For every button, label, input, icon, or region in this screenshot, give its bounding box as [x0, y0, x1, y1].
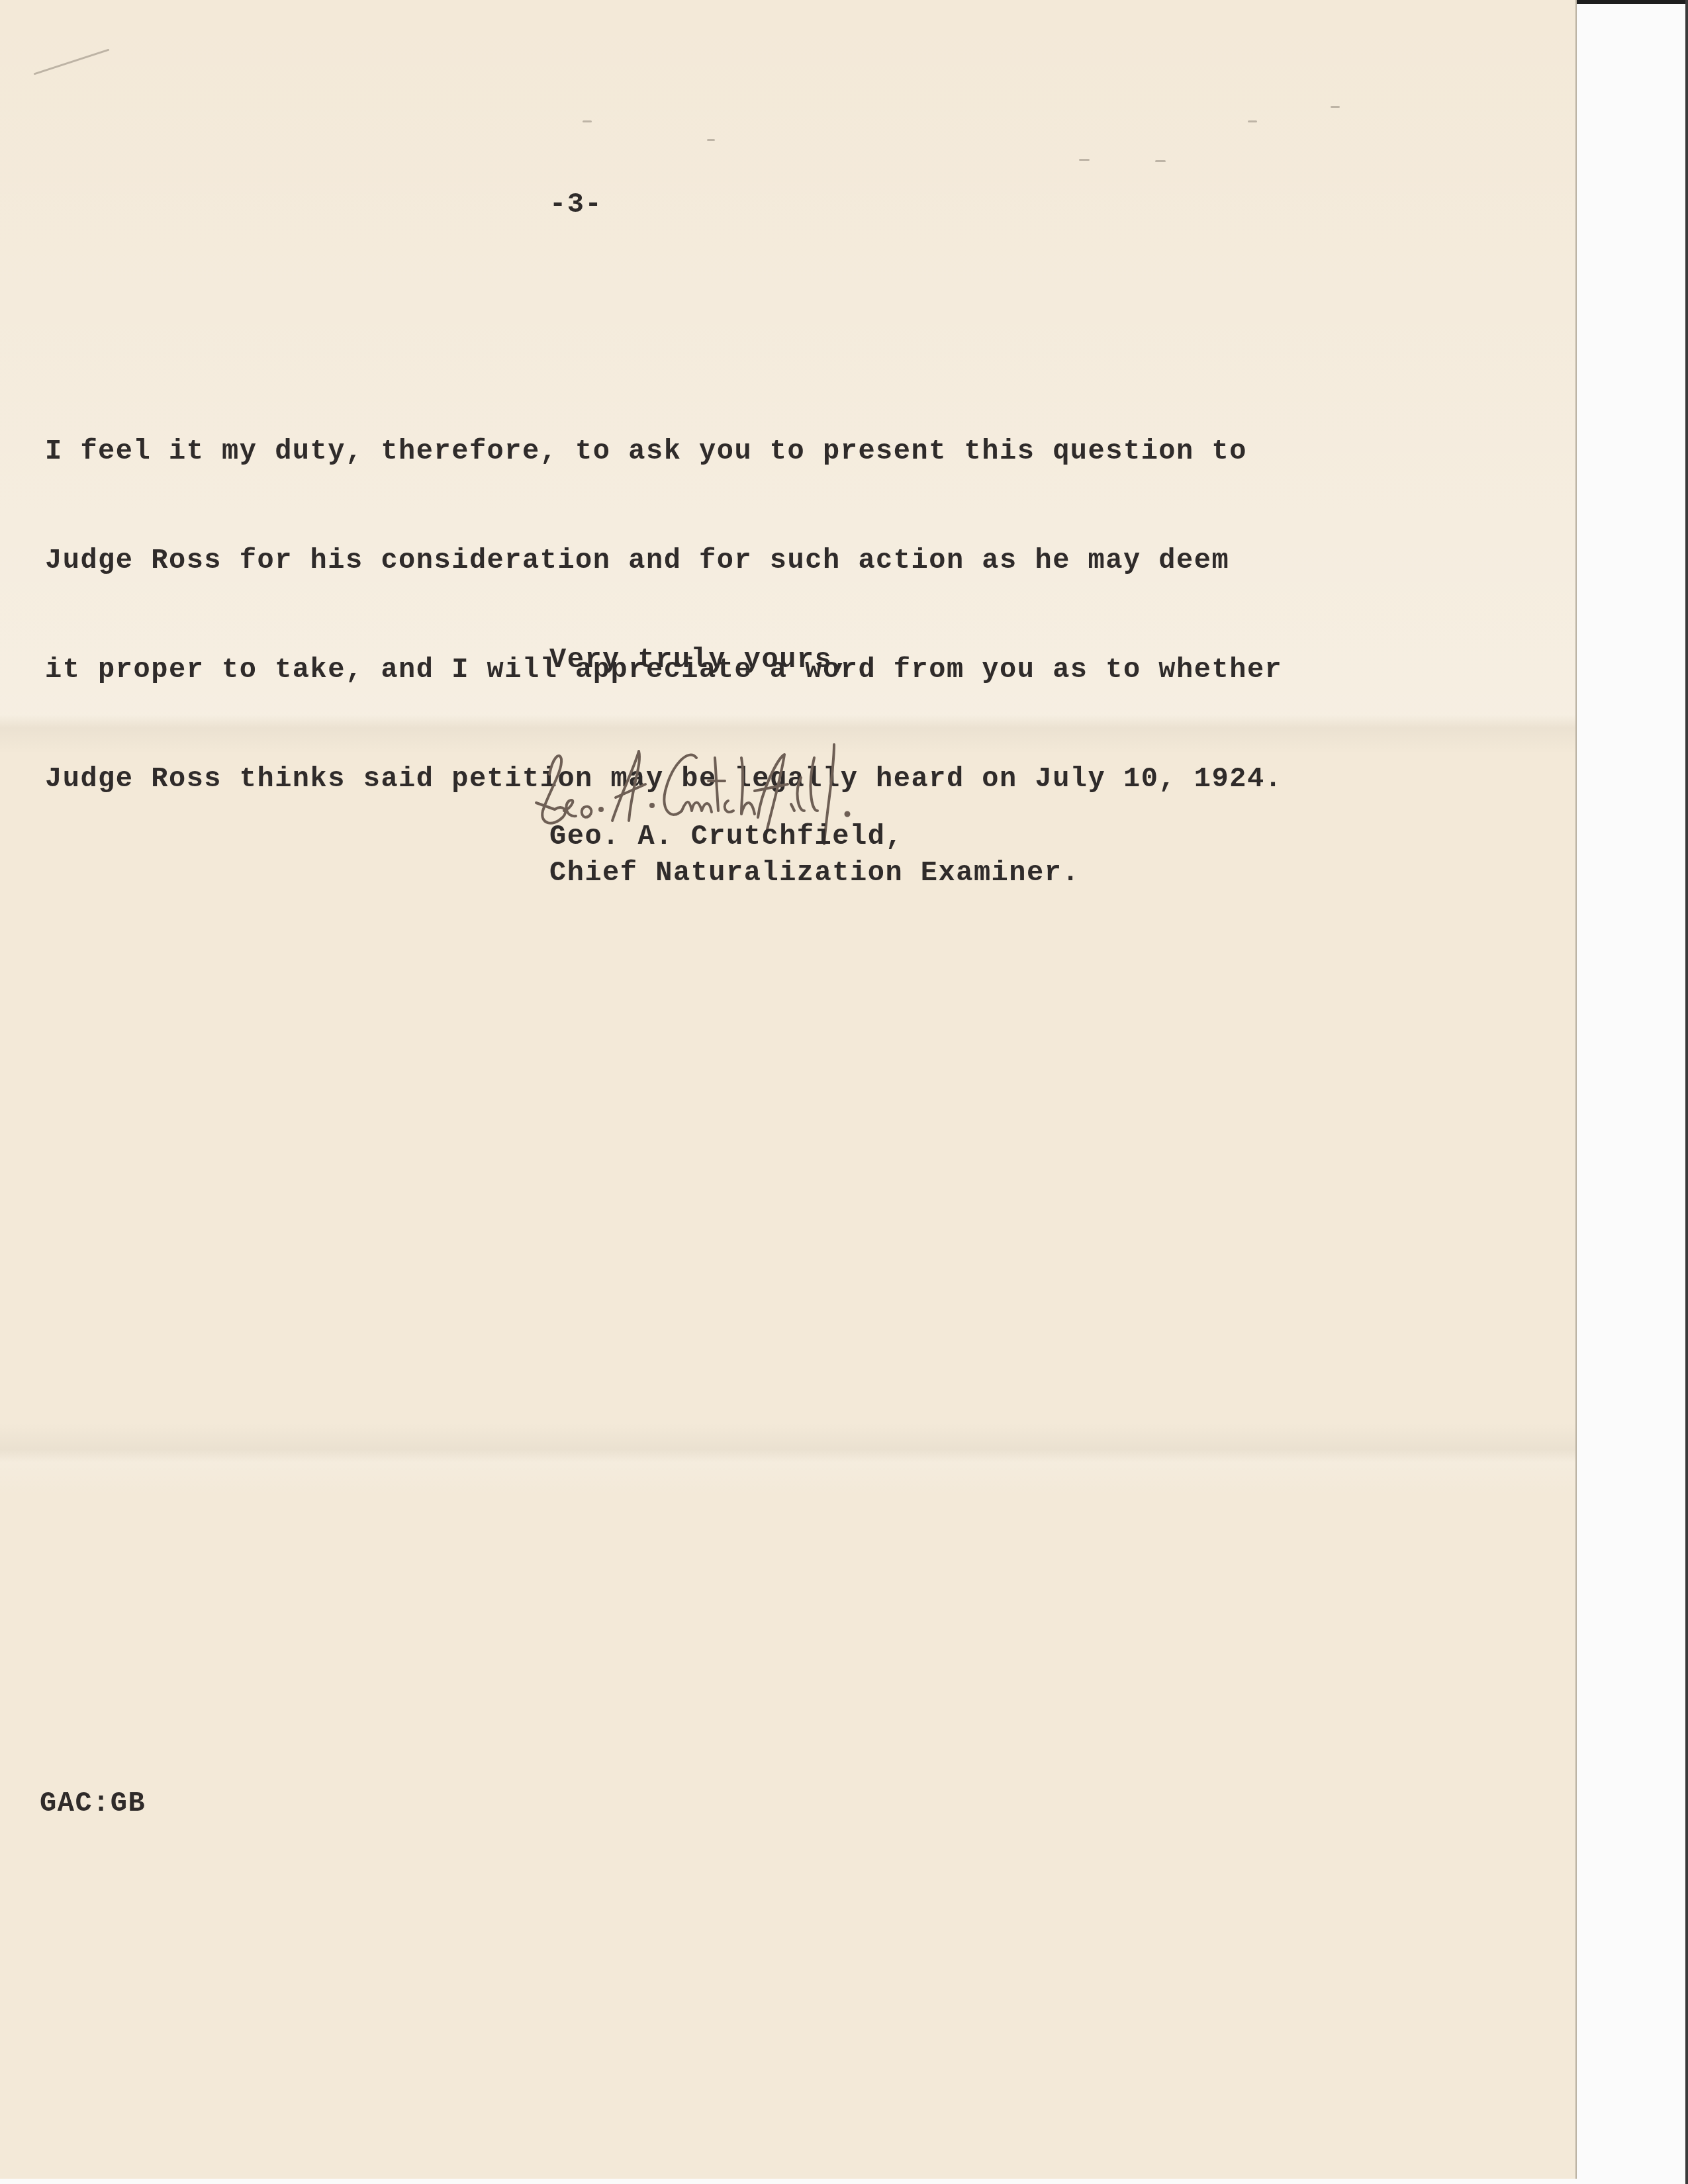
closing-salutation: Very truly yours,: [549, 642, 850, 678]
body-line: Judge Ross for his consideration and for…: [45, 543, 1282, 579]
signer-title: Chief Naturalization Examiner.: [549, 855, 1080, 891]
pin-mark: [1155, 160, 1166, 162]
page-number: -3-: [549, 187, 602, 223]
pin-mark: [1248, 120, 1257, 122]
letter-page: -3- I feel it my duty, therefore, to ask…: [0, 0, 1577, 2179]
scanner-backing: [1575, 0, 1688, 2184]
pin-mark: [33, 49, 109, 75]
reference-initials: GAC:GB: [40, 1786, 146, 1822]
scanner-backing-edge-right: [1685, 0, 1688, 2184]
pin-mark: [1331, 106, 1340, 108]
signer-name: Geo. A. Crutchfield,: [549, 819, 903, 855]
pin-mark: [707, 139, 715, 141]
body-line: I feel it my duty, therefore, to ask you…: [45, 433, 1282, 470]
scanner-backing-edge: [1575, 0, 1688, 4]
pin-mark: [1079, 159, 1090, 161]
pin-mark: [583, 120, 592, 122]
